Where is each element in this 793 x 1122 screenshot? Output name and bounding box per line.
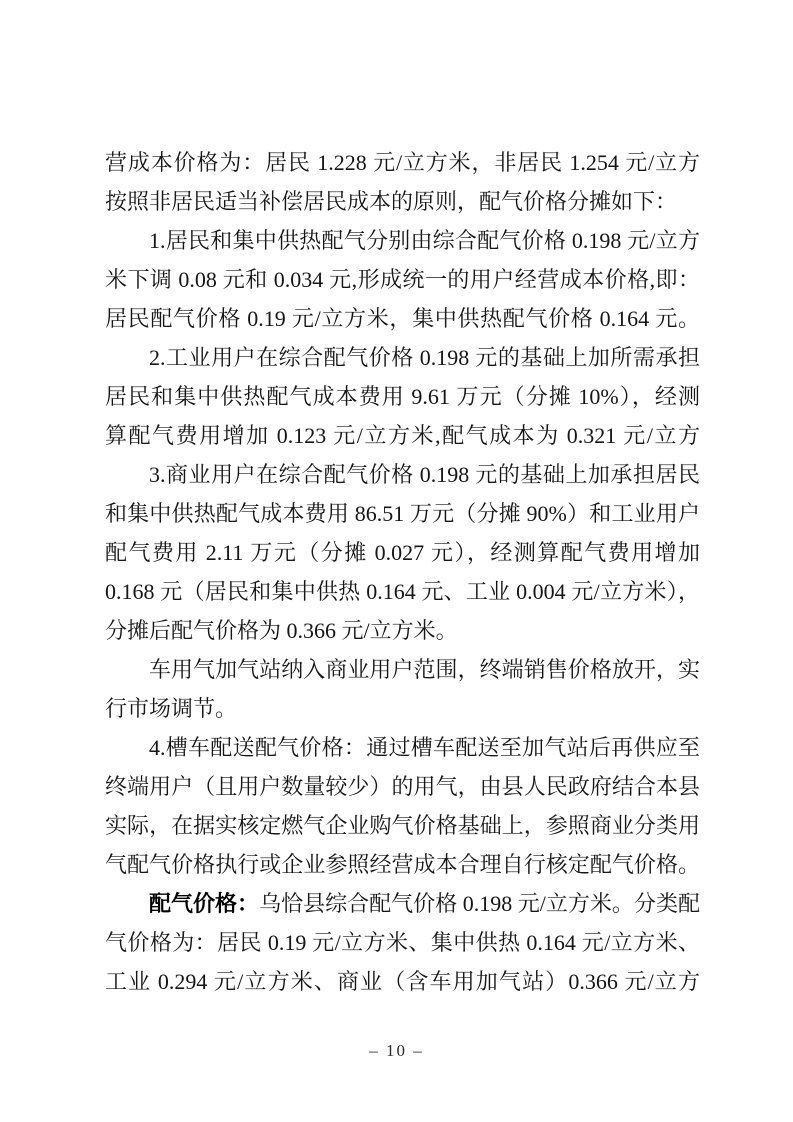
- body-text: 营成本价格为：居民 1.228 元/立方米，非居民 1.254 元/立方米。: [105, 150, 700, 182]
- body-text: 米下调 0.08 元和 0.034 元,形成统一的用户经营成本价格,即：: [105, 267, 700, 292]
- body-text: 配气费用 2.11 万元（分摊 0.027 元），经测算配气费用增加: [105, 540, 700, 565]
- text-line: 居民配气价格 0.19 元/立方米，集中供热配气价格 0.164 元。: [105, 299, 700, 338]
- text-line: 实际，在据实核定燃气企业购气价格基础上，参照商业分类用: [105, 806, 700, 845]
- text-line: 0.168 元（居民和集中供热 0.164 元、工业 0.004 元/立方米），: [105, 572, 700, 611]
- body-text: 0.168 元（居民和集中供热 0.164 元、工业 0.004 元/立方米），: [105, 579, 700, 604]
- body-text: 工业 0.294 元/立方米、商业（含车用加气站）0.366 元/立方米。: [105, 969, 700, 1001]
- para-cost-price-continuation: 营成本价格为：居民 1.228 元/立方米，非居民 1.254 元/立方米。按照…: [105, 143, 700, 221]
- text-line: 算配气费用增加 0.123 元/立方米,配气成本为 0.321 元/立方米。: [105, 416, 700, 455]
- body-text: 行市场调节。: [105, 696, 237, 721]
- body-text: 终端用户（且用户数量较少）的用气，由县人民政府结合本县: [105, 774, 700, 799]
- para-distribution-price-summary: 配气价格：乌恰县综合配气价格 0.198 元/立方米。分类配气价格为：居民 0.…: [105, 884, 700, 1001]
- page-number: – 10 –: [369, 1041, 424, 1060]
- text-line: 配气费用 2.11 万元（分摊 0.027 元），经测算配气费用增加: [105, 533, 700, 572]
- text-line: 营成本价格为：居民 1.228 元/立方米，非居民 1.254 元/立方米。: [105, 143, 700, 182]
- body-text: 2.工业用户在综合配气价格 0.198 元的基础上加所需承担: [149, 345, 700, 370]
- text-line: 按照非居民适当补偿居民成本的原则，配气价格分摊如下：: [105, 182, 700, 221]
- para-item-1-resident-heating: 1.居民和集中供热配气分别由综合配气价格 0.198 元/立方米下调 0.08 …: [105, 221, 700, 338]
- text-line: 4.槽车配送配气价格：通过槽车配送至加气站后再供应至: [105, 728, 700, 767]
- body-text: 和集中供热配气成本费用 86.51 万元（分摊 90%）和工业用户: [105, 501, 700, 526]
- para-item-4-tanker-delivery: 4.槽车配送配气价格：通过槽车配送至加气站后再供应至终端用户（且用户数量较少）的…: [105, 728, 700, 884]
- text-line: 终端用户（且用户数量较少）的用气，由县人民政府结合本县: [105, 767, 700, 806]
- text-line: 居民和集中供热配气成本费用 9.61 万元（分摊 10%），经测: [105, 377, 700, 416]
- body-text: 算配气费用增加 0.123 元/立方米,配气成本为 0.321 元/立方米。: [105, 423, 700, 455]
- text-line: 米下调 0.08 元和 0.034 元,形成统一的用户经营成本价格,即：: [105, 260, 700, 299]
- page-footer: – 10 –: [0, 1041, 793, 1061]
- text-line: 3.商业用户在综合配气价格 0.198 元的基础上加承担居民: [105, 455, 700, 494]
- body-text: 居民和集中供热配气成本费用 9.61 万元（分摊 10%），经测: [105, 384, 700, 409]
- body-text: 分摊后配气价格为 0.366 元/立方米。: [105, 618, 458, 643]
- text-line: 工业 0.294 元/立方米、商业（含车用加气站）0.366 元/立方米。: [105, 962, 700, 1001]
- body-text: 气配气价格执行或企业参照经营成本合理自行核定配气价格。: [105, 852, 700, 877]
- document-body: 营成本价格为：居民 1.228 元/立方米，非居民 1.254 元/立方米。按照…: [105, 143, 700, 1001]
- text-line: 行市场调节。: [105, 689, 700, 728]
- body-text: 气价格为：居民 0.19 元/立方米、集中供热 0.164 元/立方米、: [105, 930, 700, 955]
- para-item-2-industrial: 2.工业用户在综合配气价格 0.198 元的基础上加所需承担居民和集中供热配气成…: [105, 338, 700, 455]
- bold-lead-text: 配气价格：: [149, 891, 259, 916]
- text-line: 2.工业用户在综合配气价格 0.198 元的基础上加所需承担: [105, 338, 700, 377]
- text-line: 1.居民和集中供热配气分别由综合配气价格 0.198 元/立方: [105, 221, 700, 260]
- body-text: 4.槽车配送配气价格：通过槽车配送至加气站后再供应至: [149, 735, 700, 760]
- document-page: 营成本价格为：居民 1.228 元/立方米，非居民 1.254 元/立方米。按照…: [0, 0, 793, 1122]
- body-text: 乌恰县综合配气价格 0.198 元/立方米。分类配: [259, 891, 700, 916]
- body-text: 1.居民和集中供热配气分别由综合配气价格 0.198 元/立方: [149, 228, 700, 253]
- body-text: 3.商业用户在综合配气价格 0.198 元的基础上加承担居民: [149, 462, 700, 487]
- para-item-3-commercial: 3.商业用户在综合配气价格 0.198 元的基础上加承担居民和集中供热配气成本费…: [105, 455, 700, 650]
- body-text: 按照非居民适当补偿居民成本的原则，配气价格分摊如下：: [105, 189, 677, 214]
- body-text: 车用气加气站纳入商业用户范围，终端销售价格放开，实: [149, 657, 700, 682]
- body-text: 实际，在据实核定燃气企业购气价格基础上，参照商业分类用: [105, 813, 700, 838]
- text-line: 分摊后配气价格为 0.366 元/立方米。: [105, 611, 700, 650]
- text-line: 配气价格：乌恰县综合配气价格 0.198 元/立方米。分类配: [105, 884, 700, 923]
- body-text: 居民配气价格 0.19 元/立方米，集中供热配气价格 0.164 元。: [105, 306, 700, 331]
- text-line: 和集中供热配气成本费用 86.51 万元（分摊 90%）和工业用户: [105, 494, 700, 533]
- para-vehicle-gas-station: 车用气加气站纳入商业用户范围，终端销售价格放开，实行市场调节。: [105, 650, 700, 728]
- text-line: 车用气加气站纳入商业用户范围，终端销售价格放开，实: [105, 650, 700, 689]
- text-line: 气配气价格执行或企业参照经营成本合理自行核定配气价格。: [105, 845, 700, 884]
- text-line: 气价格为：居民 0.19 元/立方米、集中供热 0.164 元/立方米、: [105, 923, 700, 962]
